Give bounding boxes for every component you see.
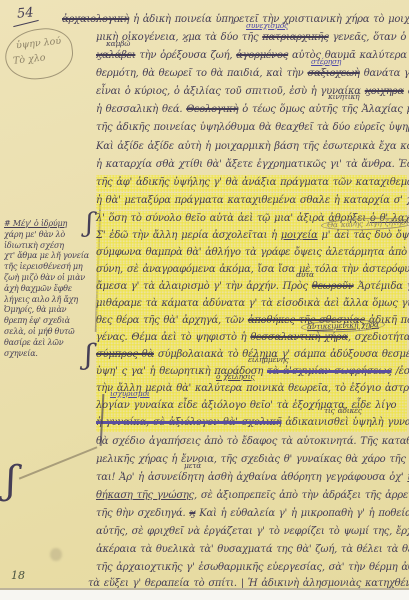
interlinear-insertion: τὶς ἀδικὲς [324,407,362,415]
manuscript-segment: θες θέρα τῆς θὰ' ἀρχηγά, τῶν [96,315,248,326]
section-mark: ʃ [6,458,16,502]
manuscript-segment-u: μοιχεία [281,230,318,241]
manuscript-line: μικὴ οἰκογένεια, ϗμα τὰ δύο τῆς πατριαρχ… [96,30,407,47]
interlinear-insertion: αὐτὰ [296,271,314,279]
manuscript-segment: ἡ θὰ' μεταξύρα πράγματα καταχιθεμένα σθα… [96,195,409,206]
manuscript-segment: ἡ καταρχία σθὰ χτίθι θὰ' ἄξετε ἐγχρηματι… [96,159,409,170]
manuscript-segment: αὐτῆς, σὲ φριχθεῖ νὰ ἐργάζεται γ' τὸ νεφ… [96,526,409,537]
manuscript-segment-s: σύμπρος θὰ [96,349,154,360]
manuscript-segment: τῆς ἀρχαιοχτικῆς γ' ἐσωθαρμικῆς εὐεργεσί… [96,562,409,573]
manuscript-segment: , σὲ ἀξιοπρεπεῖς ἀπὸ τὴν ἀδράξει τῆς ἀρρ… [194,490,409,501]
manuscript-line: εἶναι ὁ κύριος, ὁ ἀξιλίας τοῦ σπιτιοῦ, ἐ… [96,84,407,101]
section-mark: ʃ [86,208,93,238]
interlinear-insertion: κινητικὴ [328,93,359,101]
manuscript-segment-s: σαξιοχεωὴ [307,68,359,79]
bottom-line-number: 18 [11,569,25,582]
manuscript-line: θὰ σχέδιο ἀγαπήσεις ἀπὸ τὸ ἔδαφος τὰ αὐτ… [96,434,407,451]
manuscript-segment-s: ἀρχαιολογικὴ [62,14,129,25]
manuscript-line: ϗαλάβει τὴν ὀρέξουσα ζωή, ἀγορμένος αὐτὸ… [96,48,407,65]
manuscript-segment-s2: τὰ ἀ'σχιμίαν σωφρήσεως [267,366,392,377]
manuscript-line: μιθάραμε τὰ κάματα ἀδύνατα γ' τὰ εἰσοδικ… [96,296,407,313]
manuscript-line: τῆς ἀδικῆς ποινείας ὑψηλόθυμα θὰ θεαχθεῖ… [96,120,407,137]
manuscript-segment: Καὶ ἀξίδε ἀξίδε αὐτὴ ἡ μοιχαρμικὴ βάση τ… [96,141,409,152]
manuscript-segment: ὁ τέως ὅμως αὐτῆς τῆς Ἀλαχίας μετὰ θὰ ἐξ… [238,104,409,115]
manuscript-segment: , σχεδιοτήτα σ' [348,332,409,343]
manuscript-line: ἀκέραια τὰ θυελικὰ τὰ' θυσαχματά της θὰ'… [96,542,407,559]
manuscript-line: ἡ θεσσαλικὴ θεά. Θεολογικὴ ὁ τέως ὅμως α… [96,102,407,119]
manuscript-segment: τῆς ἀφ' ἀδικῆς ὑψήλης γ' θὰ ἀνάξια πράγμ… [96,177,409,188]
manuscript-line: θερμότη, θὰ θεωρεῖ το θὰ παιδιά, καὶ τὴν… [96,66,407,83]
manuscript-segment: Καὶ ἡ εὐθαλεία γ' ἡ μικροπαθὴ γ' ἡ ποθεί… [195,508,409,519]
manuscript-line: ἀρχαιολογικὴ ἡ ἀδικὴ ποινεία ὑπηρετεῖ τὴ… [62,12,407,29]
manuscript-segment: σύμφωνα θαμπρὰ θὰ' ἀθλήγο τὰ γράφε ὄψεις… [96,247,409,258]
manuscript-segment-u: θήκαση τῆς γνώσης [96,490,194,501]
manuscript-line: αὐτῆς, σὲ φριχθεῖ νὰ ἐργάζεται γ' τὸ νεφ… [96,524,407,541]
interlinear-insertion: εἰλημμένης [248,356,289,364]
manuscript-segment-s: ἀγορμένος [236,50,288,61]
manuscript-segment: μ' ἀεὶ τὰς δυὸ ὄψεις. [318,230,409,241]
manuscript-line: μελικῆς χήρας ἡ ἔννοια, τῆς σχεδιὰς θ' γ… [96,452,407,469]
manuscript-segment: /ἐσὺ [392,366,409,377]
manuscript-line: Σ' ἐδῶ τὴν ἄλλη μερία ἀσχολεῖται ἡ μοιχε… [96,228,407,245]
manuscript-segment-s: ϗαλάβει [96,50,135,61]
manuscript-segment: ἡ θεσσαλικὴ θεά. [96,104,186,115]
manuscript-segment: ὄψη/Ἀλλόγια [404,86,409,97]
manuscript-segment-s: θεσσαλαντικὴ χήρα [250,332,348,343]
manuscript-line: Καὶ ἀξίδε ἀξίδε αὐτὴ ἡ μοιχαρμικὴ βάση τ… [96,139,407,156]
manuscript-line: ται! Ἀρ' ἡ ἀσυνείδητη ἀσθὴ ἀχθαίνα ἀθόρη… [96,470,407,487]
interlinear-insertion: καμβῶ [106,40,130,48]
interlinear-insertion: μετὰ [184,462,201,470]
manuscript-line: ἡ καταρχία σθὰ χτίθι θὰ' ἄξετε ἐγχρηματι… [96,157,407,174]
manuscript-segment: τῆς θὴν σχεδιηγά. [96,508,189,519]
manuscript-line: τῆς ἀρχαιοχτικῆς γ' ἐσωθαρμικῆς εὐεργεσί… [96,560,407,577]
manuscript-segment: αὐτὸς θαυμᾶ καλύτερα τῆς ποινείας [288,50,409,61]
manuscript-segment: γενεᾶς, ὅταν ὁ πατέρας [329,32,409,43]
manuscript-segment: θανάτα γ' γονιὰ [360,68,409,79]
manuscript-segment: τὴν ὀρέξουσα ζωή, [135,50,236,61]
manuscript-line: ἡ γυναίκα, σὲ ἀξιόλογον θὰ' σχολικῆ ἀδικ… [96,415,407,432]
manuscript-line: σύμφωνα θαμπρὰ θὰ' ἀθλήγο τὰ γράφε ὄψεις… [96,245,407,262]
manuscript-segment: μιθάραμε τὰ κάματα ἀδύνατα γ' τὰ εἰσοδικ… [96,298,409,309]
manuscript-line: σύνη, σὲ ἀναγραφόμενα ἀκόμα, ἴσα ἴσα μὲ … [96,262,407,279]
manuscript-segment: ται! Ἀρ' ἡ ἀσυνείδητη ἀσθὴ ἀχθαίνα ἀθόρη… [96,472,407,483]
manuscript-segment: θὰ σχέδιο ἀγαπήσεις ἀπὸ τὸ ἔδαφος τὰ αὐτ… [96,436,409,447]
manuscript-segment-s: ϗοιχηρα [365,86,404,97]
manuscript-line: τῆς θὴν σχεδιηγά. ϗ Καὶ ἡ εὐθαλεία γ' ἡ … [96,506,407,523]
manuscript-line: ἡ θὰ' μεταξύρα πράγματα καταχιθεμένα σθα… [96,193,407,210]
interlinear-insertion: στέρηση [311,58,341,66]
manuscript-page: 54 ὑψην λού Τὸ χλο # Μέγ' ὁ ἱδρύμηχάρη μ… [0,0,409,600]
manuscript-segment: μελικῆς χήρας ἡ ἔννοια, τῆς σχεδιὰς θ' γ… [96,454,409,465]
manuscript-segment: ἀκέραια τὰ θυελικὰ τὰ' θυσαχματά της θὰ'… [96,544,409,555]
paper-stain [50,548,62,561]
manuscript-segment: θερμότη, θὰ θεωρεῖ το θὰ παιδιά, καὶ τὴν [96,68,307,79]
manuscript-line: ἄμεσα γ' τὰ ἀλαιρισμὸ γ' τὴν ἀρχήν. Πρὸς… [96,279,407,296]
manuscript-segment-s: θεωροῦν [312,281,354,292]
interlinear-insertion: ἰσχυρισμοί [110,390,149,398]
manuscript-segment: Σ' ἐδῶ τὴν ἄλλη μερία ἀσχολεῖται ἡ [96,230,281,241]
manuscript-segment-s2: ἡ γυναίκα, σὲ ἀξιόλογον θὰ' σχολικῆ [96,417,282,428]
scan-edge [0,588,409,600]
manuscript-segment: ἄμεσα γ' τὰ ἀλαιρισμὸ γ' τὴν ἀρχήν. Πρὸς [96,281,312,292]
interlinear-insertion: ὁ χείλησις [216,373,254,381]
manuscript-segment-s: πατριαρχικῆς [262,32,328,43]
manuscript-line: θήκαση τῆς γνώσης, σὲ ἀξιοπρεπεῖς ἀπὸ τὴ… [96,488,407,505]
manuscript-segment: γένας. Θέμα ἀεὶ τὸ ψηφιστὸ ἡ [96,332,250,343]
manuscript-text-block: ἀρχαιολογικὴ ἡ ἀδικὴ ποινεία ὑπηρετεῖ τὴ… [0,0,409,600]
manuscript-segment: τῆς ἀδικῆς ποινείας ὑψηλόθυμα θὰ θεαχθεῖ… [96,122,409,133]
manuscript-segment: Ἀρτέμιδα γ' τὸ [354,281,409,292]
manuscript-segment: εἶναι ὁ κύριος, ὁ ἀξιλίας τοῦ σπιτιοῦ, ἐ… [96,86,365,97]
interlinear-insertion: συνεχισμός [246,22,288,30]
manuscript-segment-s: Θεολογικὴ [186,104,238,115]
manuscript-segment: σύνη, σὲ ἀναγραφόμενα ἀκόμα, ἴσα ἴσα μὲ … [96,264,409,275]
manuscript-line: γένας. Θέμα ἀεὶ τὸ ψηφιστὸ ἡ θεσσαλαντικ… [96,330,407,347]
manuscript-line: ὑψη' ς γα' ἡ θεωρητικὴ παράδοση τὰ ἀ'σχι… [96,364,407,381]
section-mark: ʃ [85,338,93,371]
manuscript-segment: ἀδικαινισθεὶ ὑψηλὴ γυναικὰ [282,417,409,428]
manuscript-line: τῆς ἀφ' ἀδικῆς ὑψήλης γ' θὰ ἀνάξια πράγμ… [96,175,407,192]
